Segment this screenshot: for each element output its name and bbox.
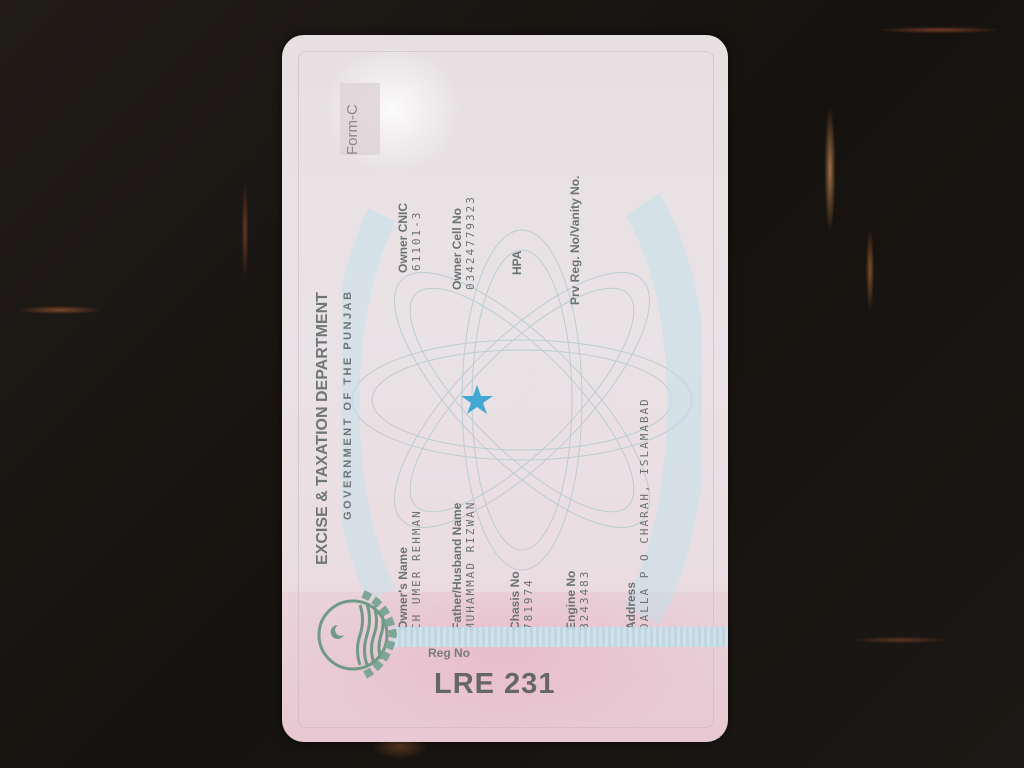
engine-label: Engine No: [564, 571, 578, 630]
owner-cell-value: 03424779323: [464, 195, 477, 290]
form-label: Form-C: [344, 104, 361, 155]
chasis-label: Chasis No: [508, 571, 522, 630]
punjab-emblem-icon: [308, 580, 408, 690]
owner-cnic-value: 61101-3: [410, 211, 423, 271]
father-name-label: Father/Husband Name: [450, 503, 464, 630]
reg-no-value: LRE 231: [434, 668, 555, 701]
address-value: DALLA P O CHARAH, ISLAMABAD: [638, 397, 651, 630]
owner-cell-label: Owner Cell No: [450, 208, 464, 290]
engine-value: B243483: [578, 570, 591, 630]
chasis-value: 781974: [522, 578, 535, 630]
reg-no-label: Reg No: [428, 646, 470, 660]
department-title: EXCISE & TAXATION DEPARTMENT: [314, 292, 332, 565]
hpa-label: HPA: [510, 251, 524, 275]
owner-name-value: CH UMER REHMAN: [410, 509, 423, 630]
security-strip: [392, 627, 728, 647]
prv-reg-label: Prv Reg. No/Vanity No.: [568, 176, 582, 305]
owner-cnic-label: Owner CNIC: [396, 203, 410, 273]
address-label: Address: [624, 582, 638, 630]
crescent-star-icon: [442, 325, 552, 435]
father-name-value: MUHAMMAD RIZWAN: [464, 501, 477, 630]
government-subtitle: GOVERNMENT OF THE PUNJAB: [342, 289, 354, 520]
registration-card: Form-C EXCISE & TAXATION DEPARTMENT GOVE…: [282, 35, 728, 742]
